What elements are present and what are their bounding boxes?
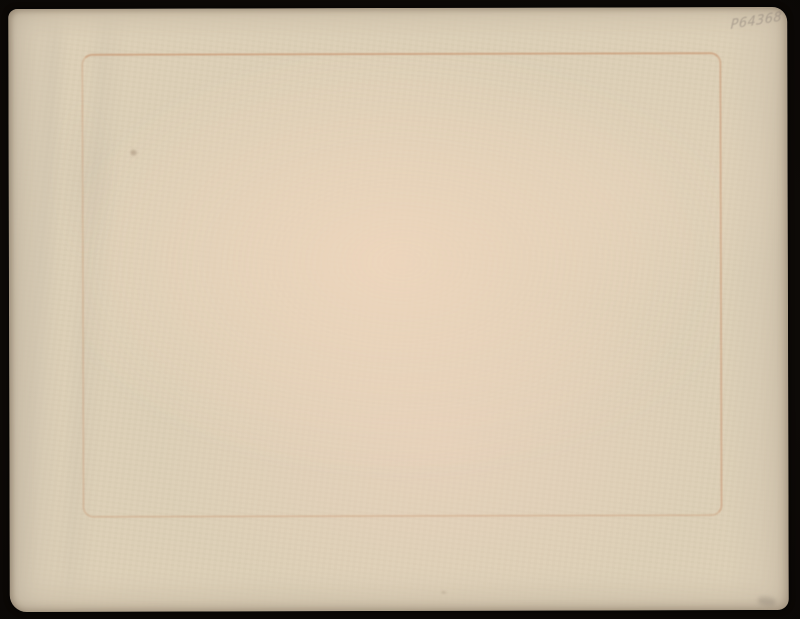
foxing-speck [442,591,446,594]
foxing-speck [131,150,137,156]
corner-smudge [757,596,776,607]
plate-mark [81,52,722,518]
paper-sheet: P64368 [8,7,789,612]
photo-background: P64368 [0,0,800,619]
paper-stain [38,69,129,289]
pencil-inscription: P64368 [730,10,782,34]
